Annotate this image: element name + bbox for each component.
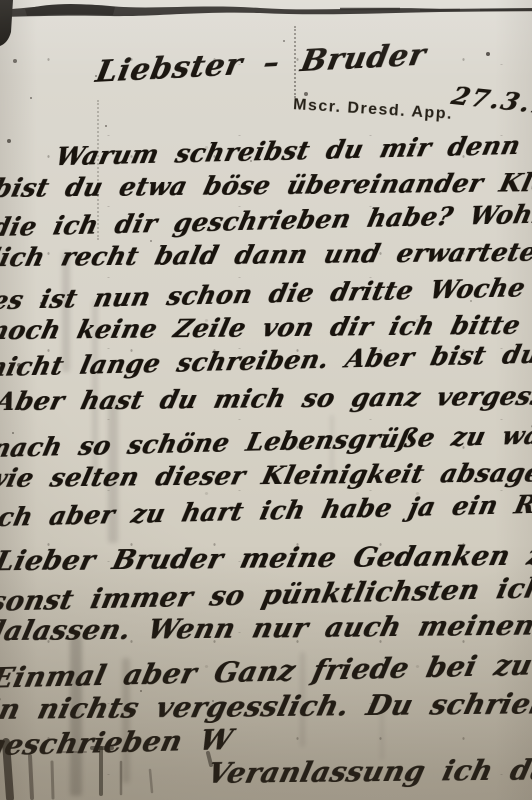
ink-specks bbox=[0, 0, 2, 2]
handwriting-line: Veranlassung ich dazu gehabt bbox=[204, 751, 532, 789]
handwriting-line: es ist nun schon die dritte Woche und bbox=[0, 272, 532, 316]
library-stamp: Mscr. Dresd. App. bbox=[293, 96, 454, 124]
letter-salutation: Liebster – Bruder bbox=[93, 37, 429, 90]
handwriting-line: die ich dir geschrieben habe? Wohl nie d… bbox=[0, 197, 532, 243]
scanned-letter-page: Liebster – Bruder Mscr. Dresd. App. 27.3… bbox=[0, 0, 532, 800]
handwriting-line: nicht lange schreiben. Aber bist du et bbox=[0, 339, 532, 383]
handwriting-line: Lieber Bruder meine Gedanken zu sagen bbox=[0, 539, 532, 577]
handwriting-line: noch keine Zeile von dir ich bitte dich … bbox=[0, 310, 532, 346]
handwriting-line: nach so schöne Lebensgrüße zu wählen. W bbox=[0, 418, 532, 463]
handwriting-line: in nichts vergesslich. Du schriebst ja n… bbox=[0, 685, 532, 726]
handwriting-line: Warum schreibst du mir denn nie bbox=[53, 129, 532, 171]
handwriting-line: geschrieben W bbox=[0, 723, 236, 762]
handwriting-line: lich recht bald dann und erwartete ungem bbox=[0, 236, 532, 272]
handwriting-line: wie selten dieser Kleinigkeit absagen? i bbox=[0, 458, 532, 494]
handwriting-line: Aber hast du mich so ganz vergessen? B bbox=[0, 381, 532, 417]
handwriting-line: dalassen. Wenn nur auch meinen beinah bbox=[0, 609, 532, 647]
stamp-handwritten-number: 27.3.1 bbox=[448, 81, 532, 120]
handwriting-line: bist du etwa böse übereinander Klein bbox=[0, 168, 532, 203]
handwriting-line: ich aber zu hart ich habe ja ein Recht bbox=[0, 488, 532, 532]
